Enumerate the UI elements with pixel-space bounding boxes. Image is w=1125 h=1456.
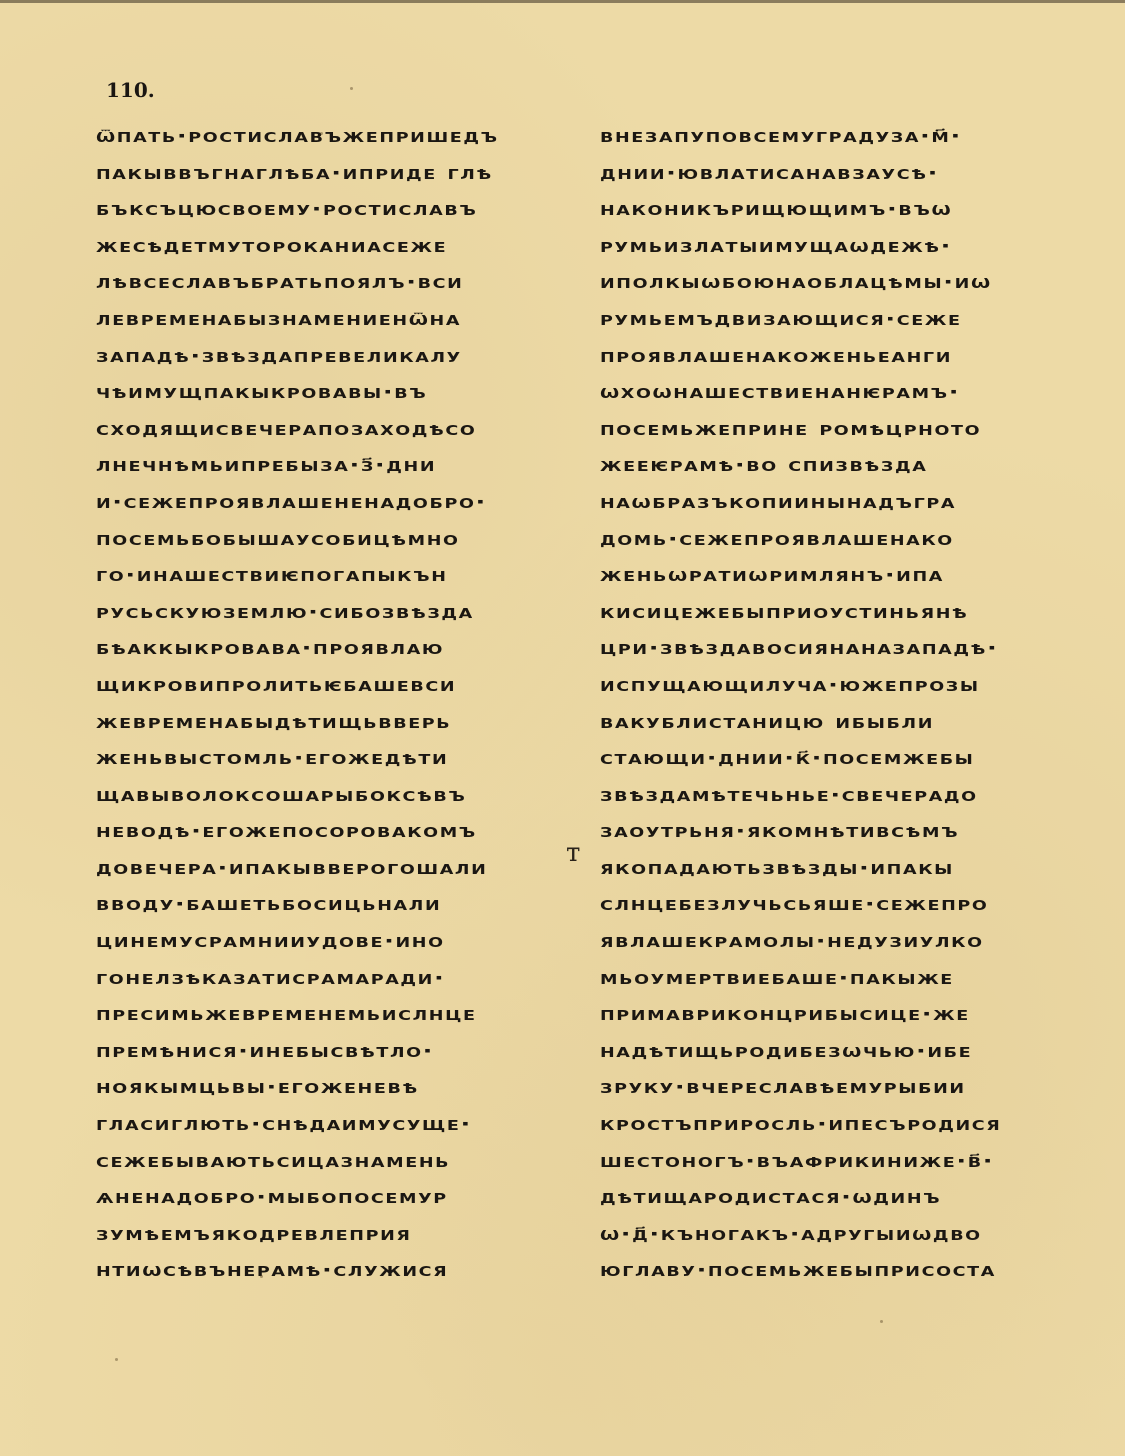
manuscript-line: ѡхоѡнашествиенанѥрамъ· — [600, 374, 1125, 411]
marginal-mark: т — [566, 838, 580, 868]
manuscript-line: зруку·вчереславѣемурыбии — [600, 1069, 1125, 1106]
paper-speck — [115, 1358, 118, 1361]
page-number: 110. — [106, 78, 155, 102]
manuscript-line: проявлашенакоженьеанги — [600, 338, 1125, 375]
manuscript-line: мьоумертвиебаше·пакыже — [600, 960, 1125, 997]
paper-speck — [320, 132, 323, 135]
manuscript-line: вакублистаницю ибыбли — [600, 704, 1125, 741]
manuscript-line: стающи·днии·к҃·посемжебы — [600, 740, 1125, 777]
manuscript-line: иполкыѡбоюнаоблацѣмы·иѡ — [600, 264, 1125, 301]
manuscript-line: примавриконцрибысице·же — [600, 996, 1125, 1033]
page-top-edge — [0, 0, 1125, 3]
manuscript-line: женьѡратиѡримлянъ·ипа — [600, 557, 1125, 594]
manuscript-line: надѣтищьродибезѡчью·ибе — [600, 1033, 1125, 1070]
manuscript-line: заоутрьня·якомнѣтивсѣмъ — [600, 813, 1125, 850]
manuscript-line: дѣтищародистася·ѡдинъ — [600, 1179, 1125, 1216]
manuscript-line: шестоногъ·въафрикиниже·в҃· — [600, 1143, 1125, 1180]
manuscript-line: внезапуповсемуградуза·м҃· — [600, 118, 1125, 155]
manuscript-line: юглаву·посемьжебыприсоста — [600, 1252, 1125, 1289]
manuscript-line: посемьжеприне ромѣцрното — [600, 411, 1125, 448]
left-text-column: ѿпать·ростиславъжепришедъпакыввъгнаглѣба… — [96, 118, 576, 1289]
manuscript-line: явлашекрамолы·недузиулко — [600, 923, 1125, 960]
manuscript-line: кростъприросль·ипесъродися — [600, 1106, 1125, 1143]
paper-speck — [260, 1275, 263, 1278]
manuscript-line: наѡбразъкопиинынадъгра — [600, 484, 1125, 521]
manuscript-line: наконикърищющимъ·въѡ — [600, 191, 1125, 228]
manuscript-line: днии·ювлатисанавзаусѣ· — [600, 155, 1125, 192]
manuscript-line: кисицежебыприоустиньянѣ — [600, 594, 1125, 631]
paper-speck — [350, 87, 353, 90]
manuscript-line: цри·звѣздавосиянаназападѣ· — [600, 630, 1125, 667]
manuscript-line: звѣздамѣтечьнье·свечерадо — [600, 777, 1125, 814]
paper-speck — [880, 1320, 883, 1323]
manuscript-line: слнцебезлучьсьяше·сежепро — [600, 886, 1125, 923]
manuscript-line: ѡ·д҃·къногакъ·адругыиѡдво — [600, 1216, 1125, 1253]
manuscript-line: румьизлатыимущаѡдежѣ· — [600, 228, 1125, 265]
right-text-column: внезапуповсемуградуза·м҃·днии·ювлатисана… — [600, 118, 1100, 1289]
manuscript-line: румьемъдвизающися·сеже — [600, 301, 1125, 338]
manuscript-line: испущающилуча·южепрозы — [600, 667, 1125, 704]
manuscript-line: жееѥрамѣ·во спизвѣзда — [600, 447, 1125, 484]
manuscript-line: якопадаютьзвѣзды·ипакы — [600, 850, 1125, 887]
manuscript-line: домь·сежепроявлашенако — [600, 521, 1125, 558]
